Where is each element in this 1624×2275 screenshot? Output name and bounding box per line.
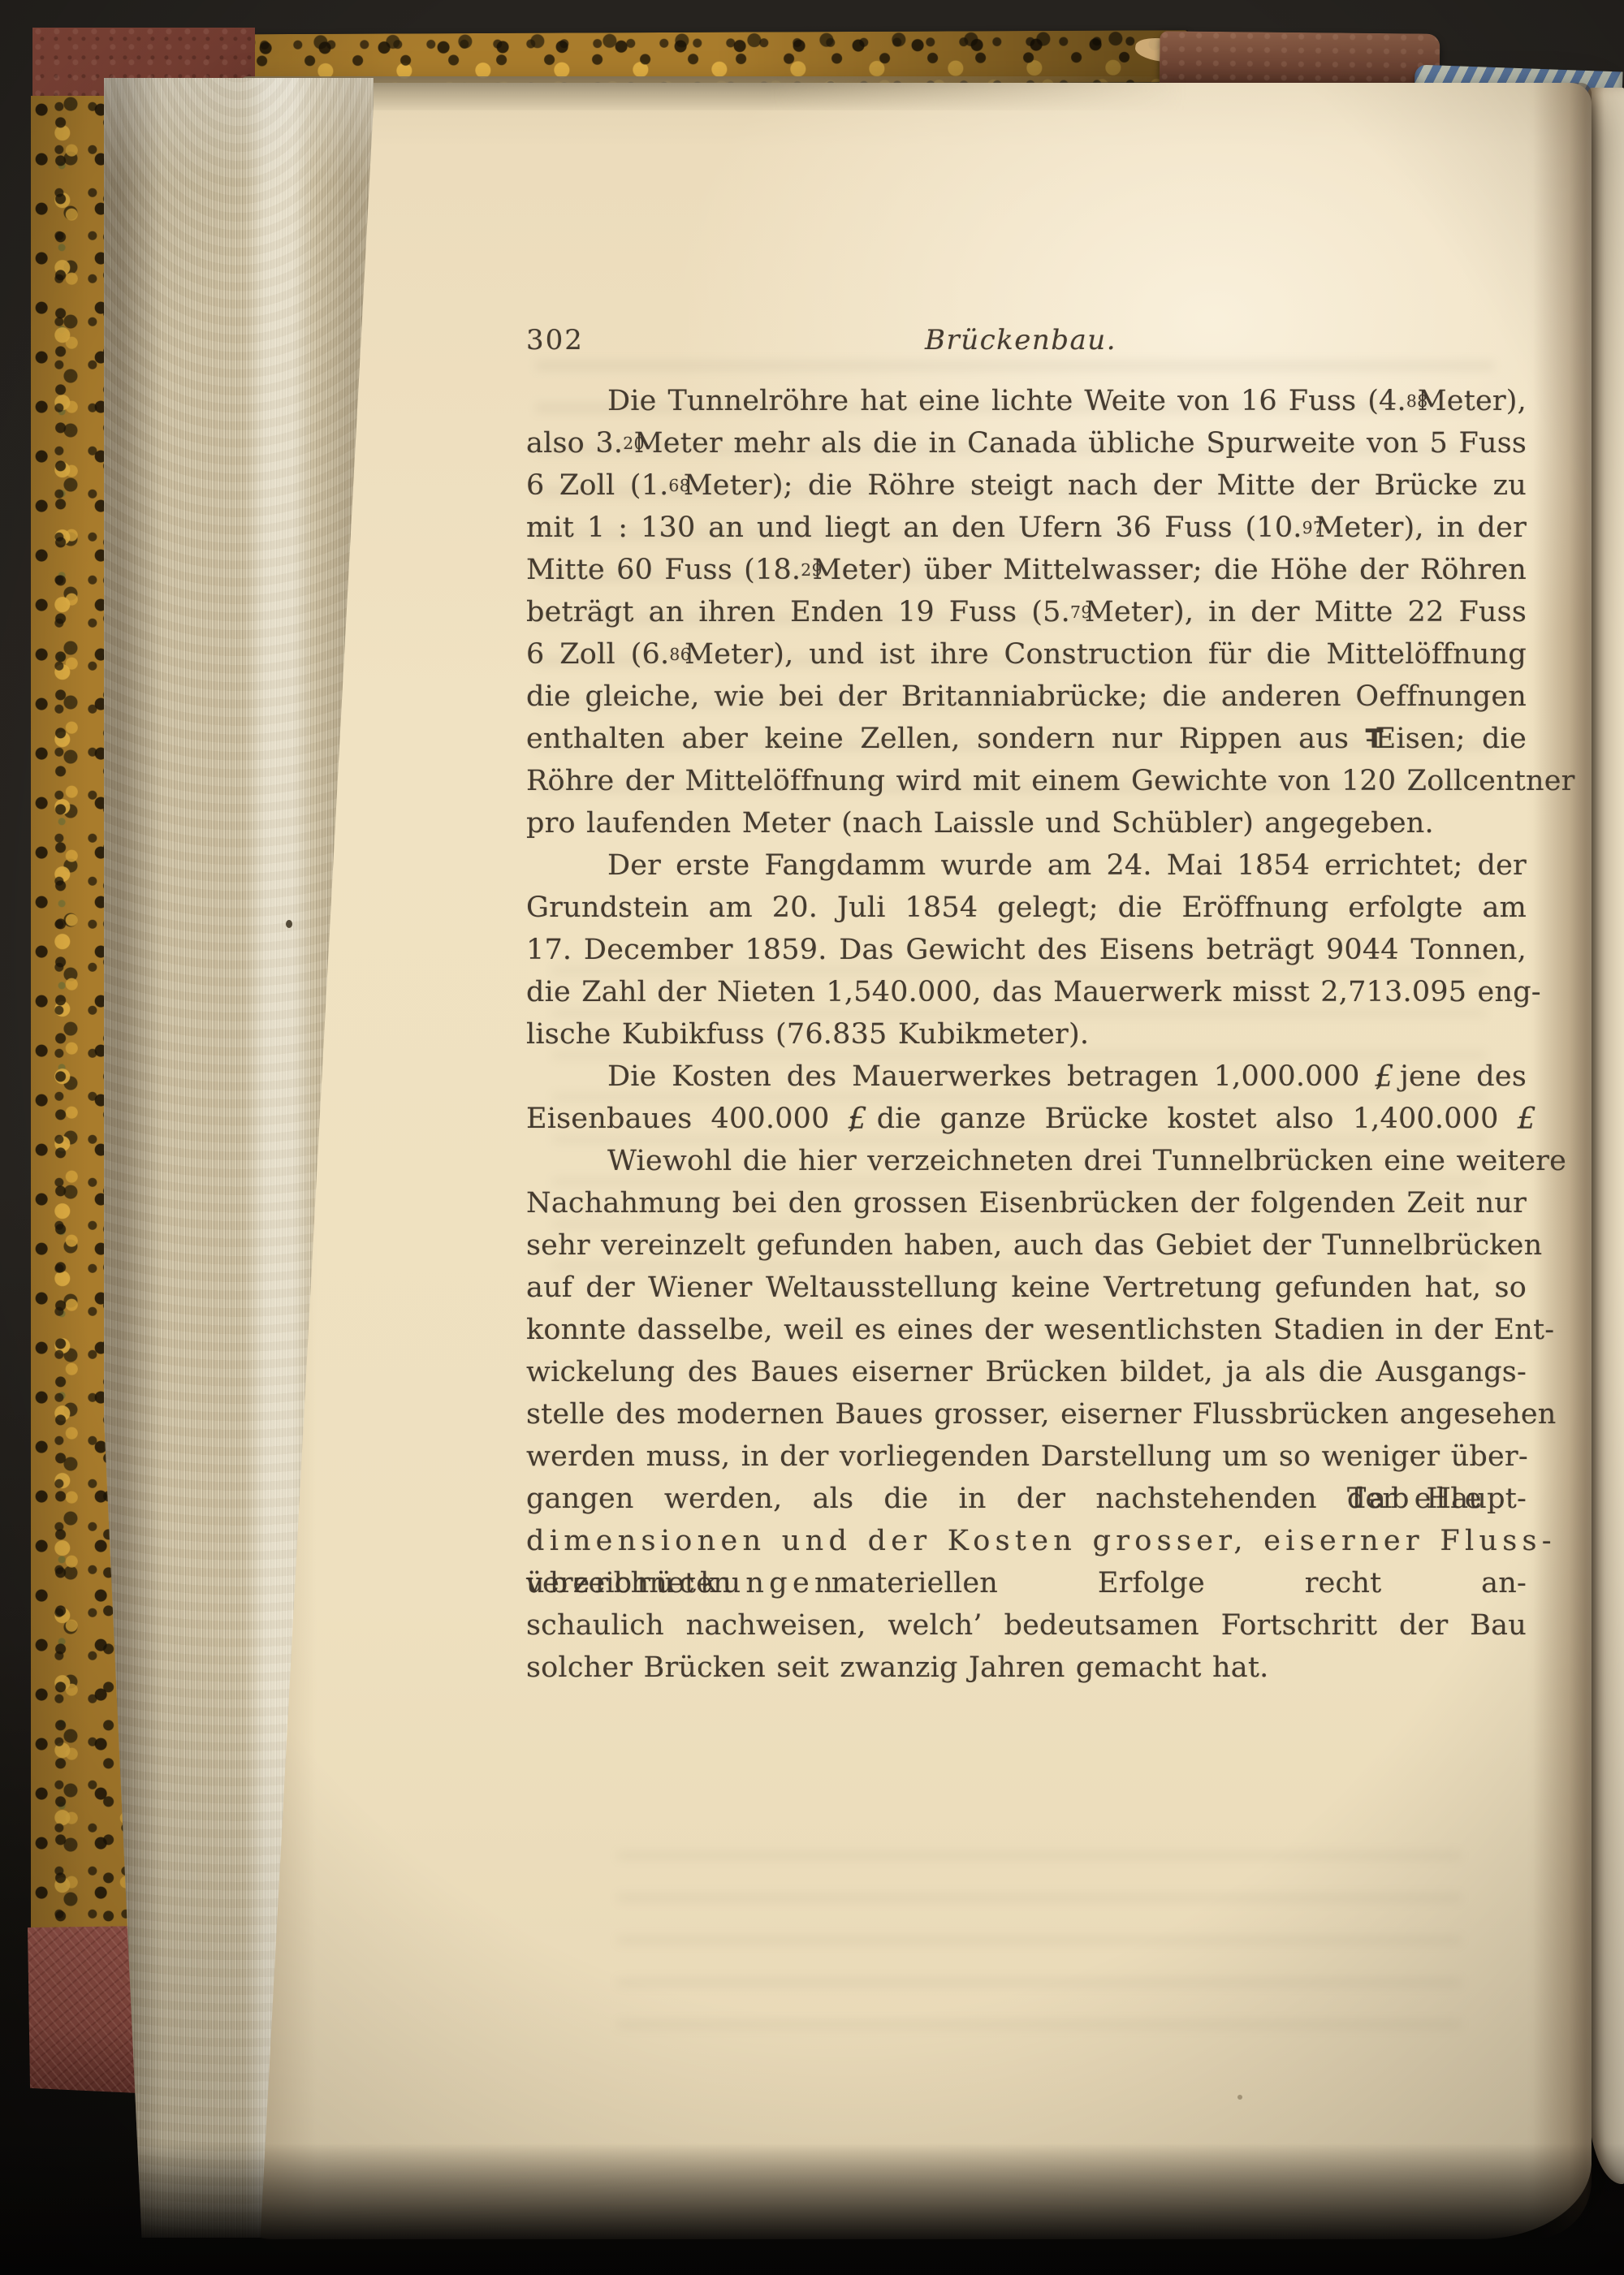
- text-line: Mitte 60 Fuss (18.29 Meter) über Mittelw…: [526, 549, 1527, 591]
- text-line: 6 Zoll (6.86 Meter), und ist ihre Constr…: [526, 633, 1527, 676]
- text-line: solcher Brücken seit zwanzig Jahren gema…: [526, 1647, 1527, 1689]
- text-line: Röhre der Mittelöffnung wird mit einem G…: [526, 760, 1527, 802]
- text-line: beträgt an ihren Enden 19 Fuss (5.79 Met…: [526, 591, 1527, 633]
- text-line: die gleiche, wie bei der Britanniabrücke…: [526, 676, 1527, 718]
- text-line: die Zahl der Nieten 1,540.000, das Mauer…: [526, 971, 1527, 1013]
- text-line: Nachahmung bei den grossen Eisenbrücken …: [526, 1182, 1527, 1224]
- book-page: 302 Brückenbau. Die Tunnelröhre hat eine…: [240, 83, 1592, 2239]
- text-line: enthalten aber keine Zellen, sondern nur…: [526, 718, 1527, 760]
- dust-speck: [1237, 2095, 1242, 2100]
- dust-speck: [286, 920, 292, 928]
- adjacent-page-edge: [1588, 88, 1624, 2184]
- text-line: schaulich nachweisen, welch’ bedeutsamen…: [526, 1604, 1527, 1647]
- text-line: wickelung des Baues eiserner Brücken bil…: [526, 1351, 1527, 1393]
- text-line: also 3.20 Meter mehr als die in Canada ü…: [526, 422, 1527, 464]
- photographed-book-scene: 302 Brückenbau. Die Tunnelröhre hat eine…: [0, 0, 1624, 2275]
- text-line: auf der Wiener Weltausstellung keine Ver…: [526, 1267, 1527, 1309]
- text-line: mit 1 : 130 an und liegt an den Ufern 36…: [526, 507, 1527, 549]
- text-line: konnte dasselbe, weil es eines der wesen…: [526, 1309, 1527, 1351]
- text-line: überbrückungen verzeichneten materiellen…: [526, 1562, 1527, 1604]
- text-line: gangen werden, als die in der nachstehen…: [526, 1478, 1527, 1520]
- running-title: Brückenbau.: [526, 318, 1515, 362]
- text-line: lische Kubikfuss (76.835 Kubikmeter).: [526, 1013, 1527, 1055]
- text-line: Die Kosten des Mauerwerkes betragen 1,00…: [526, 1055, 1527, 1098]
- text-line: Eisenbaues 400.000 £; die ganze Brücke k…: [526, 1098, 1527, 1140]
- text-line: pro laufenden Meter (nach Laissle und Sc…: [526, 802, 1527, 844]
- running-header: 302 Brückenbau.: [526, 318, 1527, 362]
- text-line: sehr vereinzelt gefunden haben, auch das…: [526, 1224, 1527, 1267]
- text-line: Die Tunnelröhre hat eine lichte Weite vo…: [526, 380, 1527, 422]
- text-line: stelle des modernen Baues grosser, eiser…: [526, 1393, 1527, 1435]
- text-line: Der erste Fangdamm wurde am 24. Mai 1854…: [526, 844, 1527, 887]
- page-top-edges: [240, 76, 1206, 110]
- text-line: dimensionen und der Kosten grosser, eise…: [526, 1520, 1527, 1562]
- text-line: werden muss, in der vorliegenden Darstel…: [526, 1435, 1527, 1478]
- text-line: Grundstein am 20. Juli 1854 gelegt; die …: [526, 887, 1527, 929]
- body-text: Die Tunnelröhre hat eine lichte Weite vo…: [526, 380, 1527, 1689]
- text-line: Wiewohl die hier verzeichneten drei Tunn…: [526, 1140, 1527, 1182]
- text-line: 6 Zoll (1.68 Meter); die Röhre steigt na…: [526, 464, 1527, 507]
- text-line: 17. December 1859. Das Gewicht des Eisen…: [526, 929, 1527, 971]
- printed-text-block: 302 Brückenbau. Die Tunnelröhre hat eine…: [526, 318, 1527, 362]
